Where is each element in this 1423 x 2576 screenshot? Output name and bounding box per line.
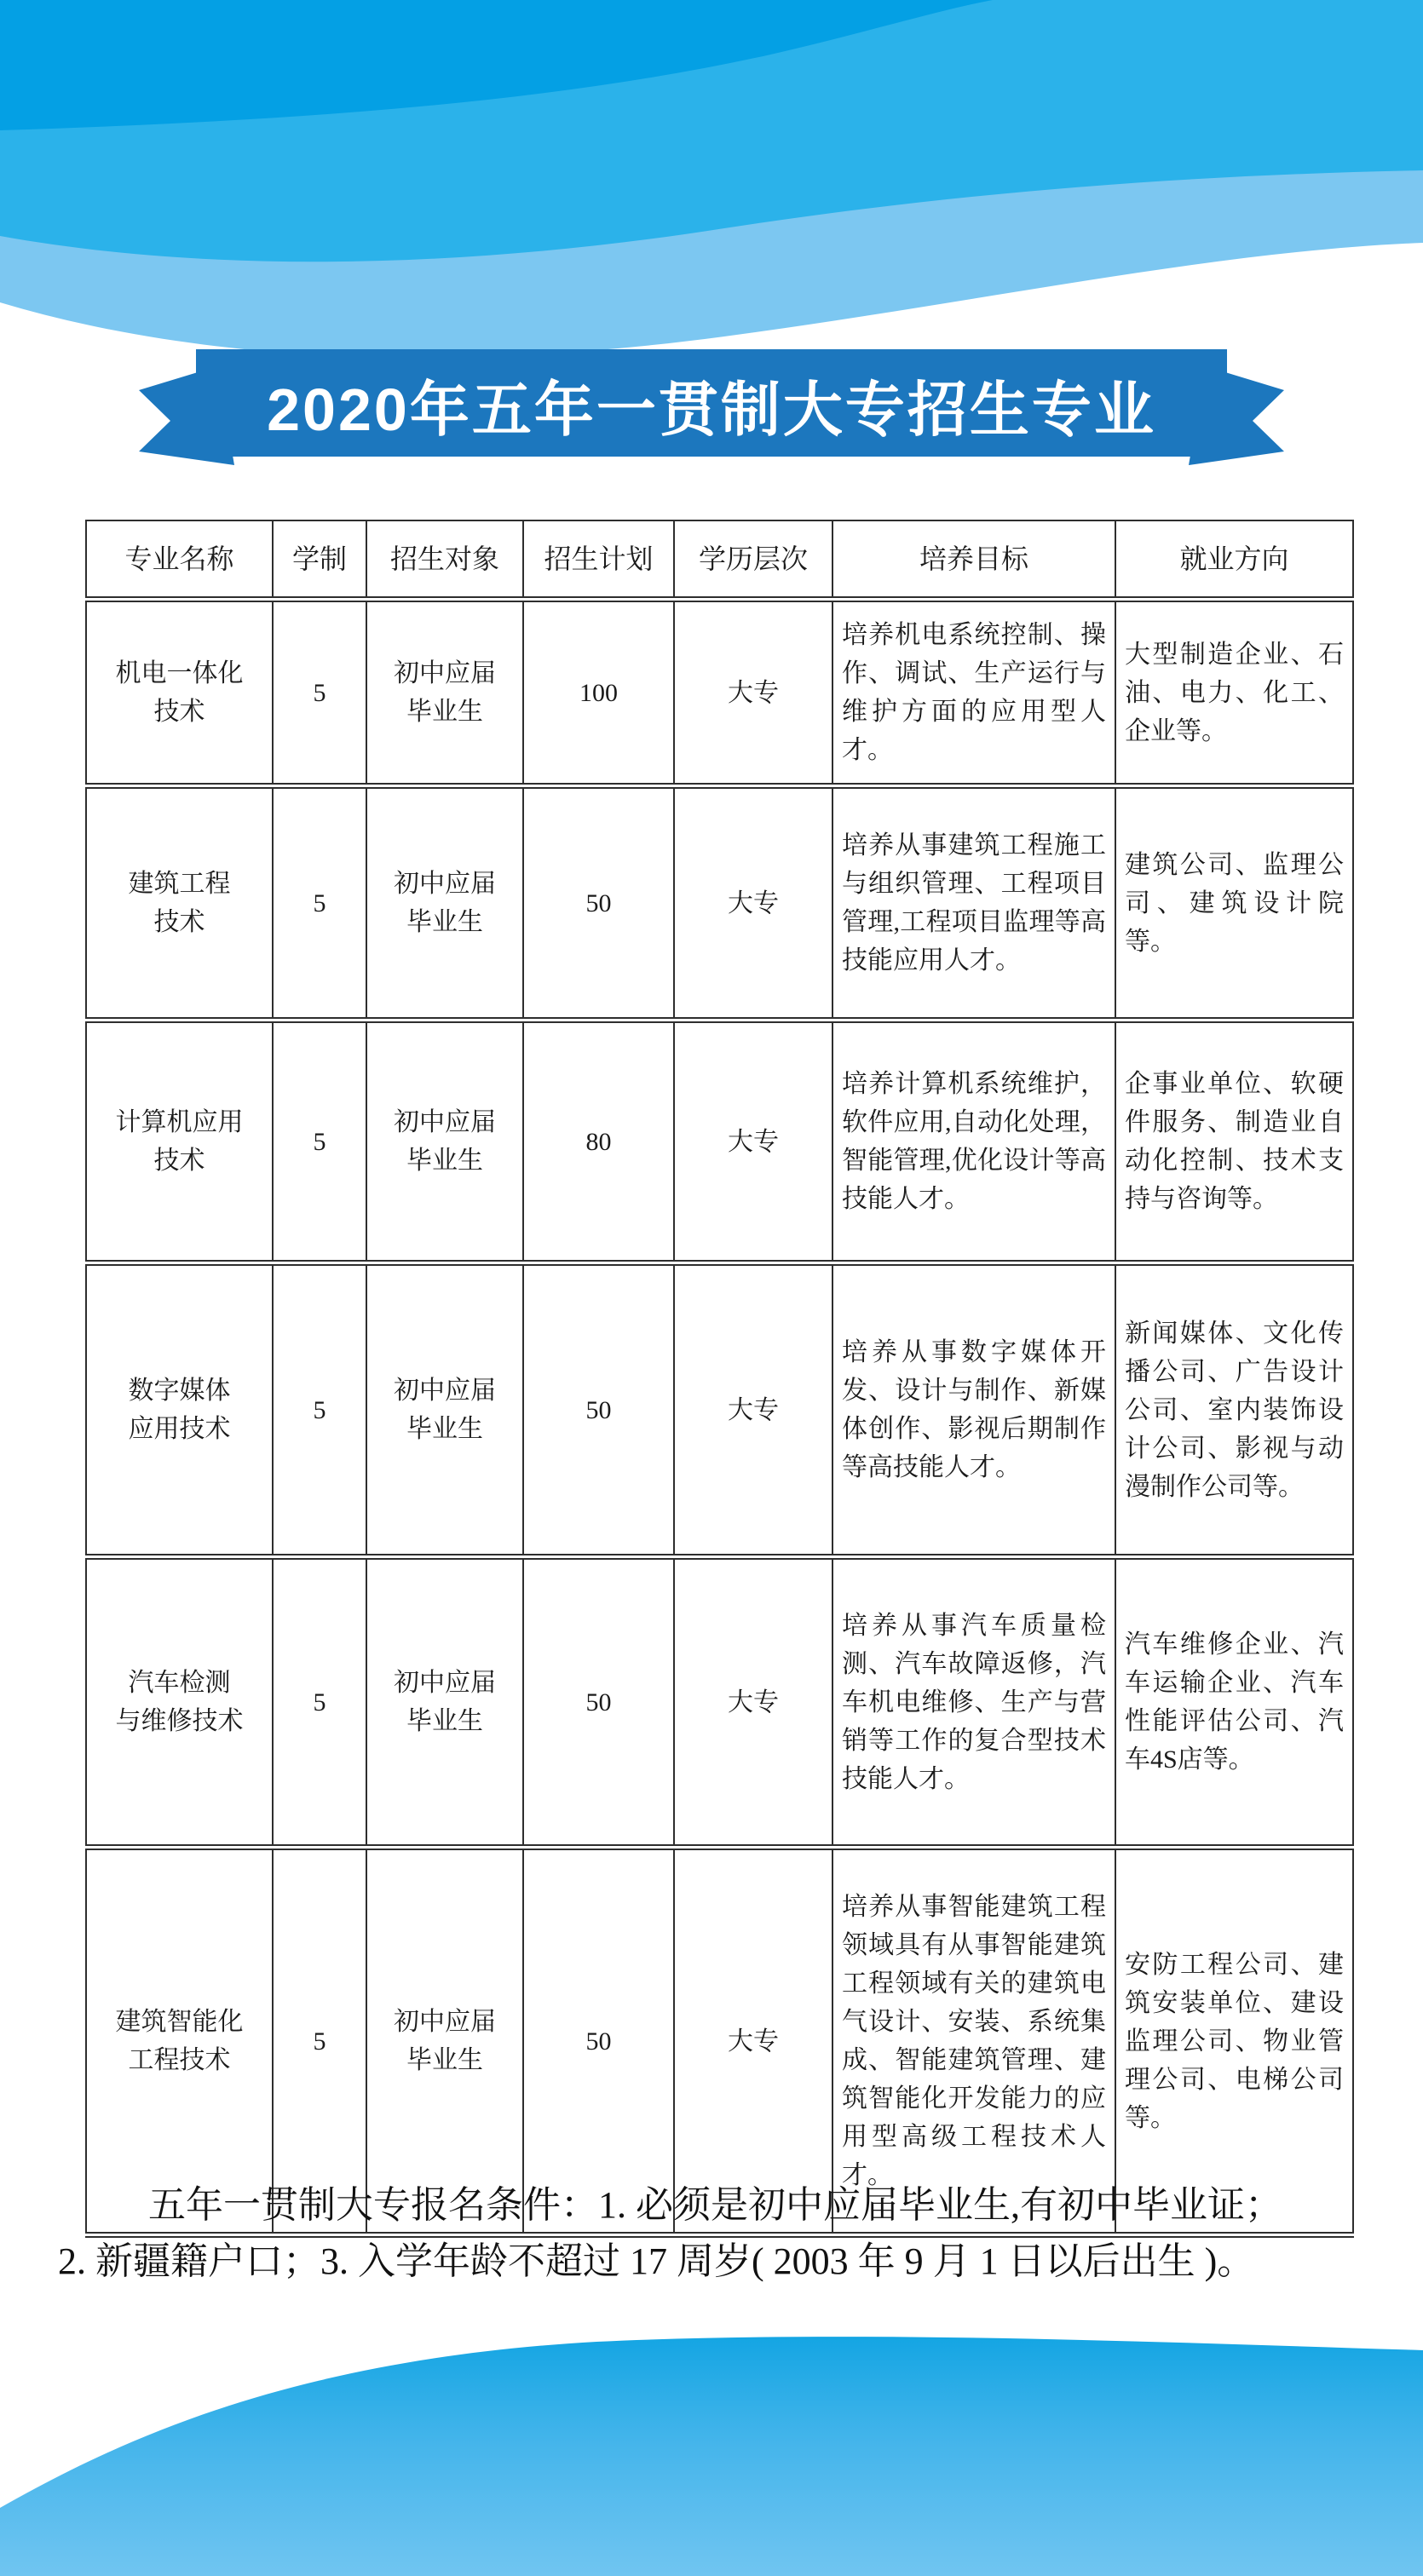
ribbon-banner: 2020年五年一贯制大专招生专业	[136, 348, 1287, 475]
cell-major: 机电一体化 技术	[86, 600, 273, 786]
cell-years: 5	[273, 1557, 366, 1848]
cell-goal: 培养计算机系统维护，软件应用,自动化处理，智能管理,优化设计等高技能人才。	[832, 1021, 1115, 1263]
enrollment-poster: 2020年五年一贯制大专招生专业 专业名称 学制 招生对象 招生计划 学历层次 …	[0, 0, 1423, 2576]
note-line-2: 2. 新疆籍户口；3. 入学年龄不超过 17 周岁( 2003 年 9 月 1 …	[58, 2234, 1365, 2290]
cell-employment: 汽车维修企业、汽车运输企业、汽车性能评估公司、汽车4S店等。	[1115, 1557, 1353, 1848]
page-title: 2020年五年一贯制大专招生专业	[196, 351, 1227, 458]
cell-plan: 50	[523, 1263, 674, 1557]
cell-goal: 培养从事建筑工程施工与组织管理、工程项目管理,工程项目监理等高技能应用人才。	[832, 786, 1115, 1021]
cell-target: 初中应届 毕业生	[366, 1263, 523, 1557]
cell-plan: 80	[523, 1021, 674, 1263]
table-row: 建筑工程 技术 5 初中应届 毕业生 50 大专 培养从事建筑工程施工与组织管理…	[86, 786, 1353, 1021]
bottom-arc-decoration	[0, 2333, 1423, 2576]
registration-conditions-note: 五年一贯制大专报名条件：1. 必须是初中应届毕业生,有初中毕业证； 2. 新疆籍…	[58, 2177, 1365, 2290]
cell-target: 初中应届 毕业生	[366, 786, 523, 1021]
column-header-plan: 招生计划	[523, 520, 674, 600]
top-waves-decoration	[0, 0, 1423, 400]
column-header-level: 学历层次	[674, 520, 832, 600]
cell-years: 5	[273, 600, 366, 786]
cell-level: 大专	[674, 786, 832, 1021]
cell-major: 建筑工程 技术	[86, 786, 273, 1021]
column-header-target: 招生对象	[366, 520, 523, 600]
cell-years: 5	[273, 786, 366, 1021]
cell-years: 5	[273, 1263, 366, 1557]
table-row: 机电一体化 技术 5 初中应届 毕业生 100 大专 培养机电系统控制、操作、调…	[86, 600, 1353, 786]
cell-employment: 大型制造企业、石油、电力、化工、企业等。	[1115, 600, 1353, 786]
note-line-1: 五年一贯制大专报名条件：1. 必须是初中应届毕业生,有初中毕业证；	[58, 2177, 1365, 2234]
cell-plan: 100	[523, 600, 674, 786]
cell-employment: 建筑公司、监理公司、建筑设计院等。	[1115, 786, 1353, 1021]
table-row: 汽车检测 与维修技术 5 初中应届 毕业生 50 大专 培养从事汽车质量检测、汽…	[86, 1557, 1353, 1848]
cell-goal: 培养从事汽车质量检测、汽车故障返修，汽车机电维修、生产与营销等工作的复合型技术技…	[832, 1557, 1115, 1848]
cell-level: 大专	[674, 1557, 832, 1848]
cell-plan: 50	[523, 1557, 674, 1848]
cell-major: 汽车检测 与维修技术	[86, 1557, 273, 1848]
column-header-goal: 培养目标	[832, 520, 1115, 600]
majors-table: 专业名称 学制 招生对象 招生计划 学历层次 培养目标 就业方向 机电一体化 技…	[85, 520, 1354, 2238]
cell-employment: 企事业单位、软硬件服务、制造业自动化控制、技术支持与咨询等。	[1115, 1021, 1353, 1263]
cell-level: 大专	[674, 1263, 832, 1557]
cell-major: 计算机应用 技术	[86, 1021, 273, 1263]
cell-target: 初中应届 毕业生	[366, 1557, 523, 1848]
cell-target: 初中应届 毕业生	[366, 600, 523, 786]
cell-target: 初中应届 毕业生	[366, 1021, 523, 1263]
column-header-major: 专业名称	[86, 520, 273, 600]
column-header-employment: 就业方向	[1115, 520, 1353, 600]
cell-years: 5	[273, 1021, 366, 1263]
cell-level: 大专	[674, 1021, 832, 1263]
cell-major: 数字媒体 应用技术	[86, 1263, 273, 1557]
table-row: 数字媒体 应用技术 5 初中应届 毕业生 50 大专 培养从事数字媒体开发、设计…	[86, 1263, 1353, 1557]
cell-employment: 新闻媒体、文化传播公司、广告设计公司、室内装饰设计公司、影视与动漫制作公司等。	[1115, 1263, 1353, 1557]
cell-level: 大专	[674, 600, 832, 786]
table-row: 计算机应用 技术 5 初中应届 毕业生 80 大专 培养计算机系统维护，软件应用…	[86, 1021, 1353, 1263]
cell-goal: 培养从事数字媒体开发、设计与制作、新媒体创作、影视后期制作等高技能人才。	[832, 1263, 1115, 1557]
cell-plan: 50	[523, 786, 674, 1021]
column-header-years: 学制	[273, 520, 366, 600]
table-header-row: 专业名称 学制 招生对象 招生计划 学历层次 培养目标 就业方向	[86, 520, 1353, 600]
cell-goal: 培养机电系统控制、操作、调试、生产运行与维护方面的应用型人才。	[832, 600, 1115, 786]
